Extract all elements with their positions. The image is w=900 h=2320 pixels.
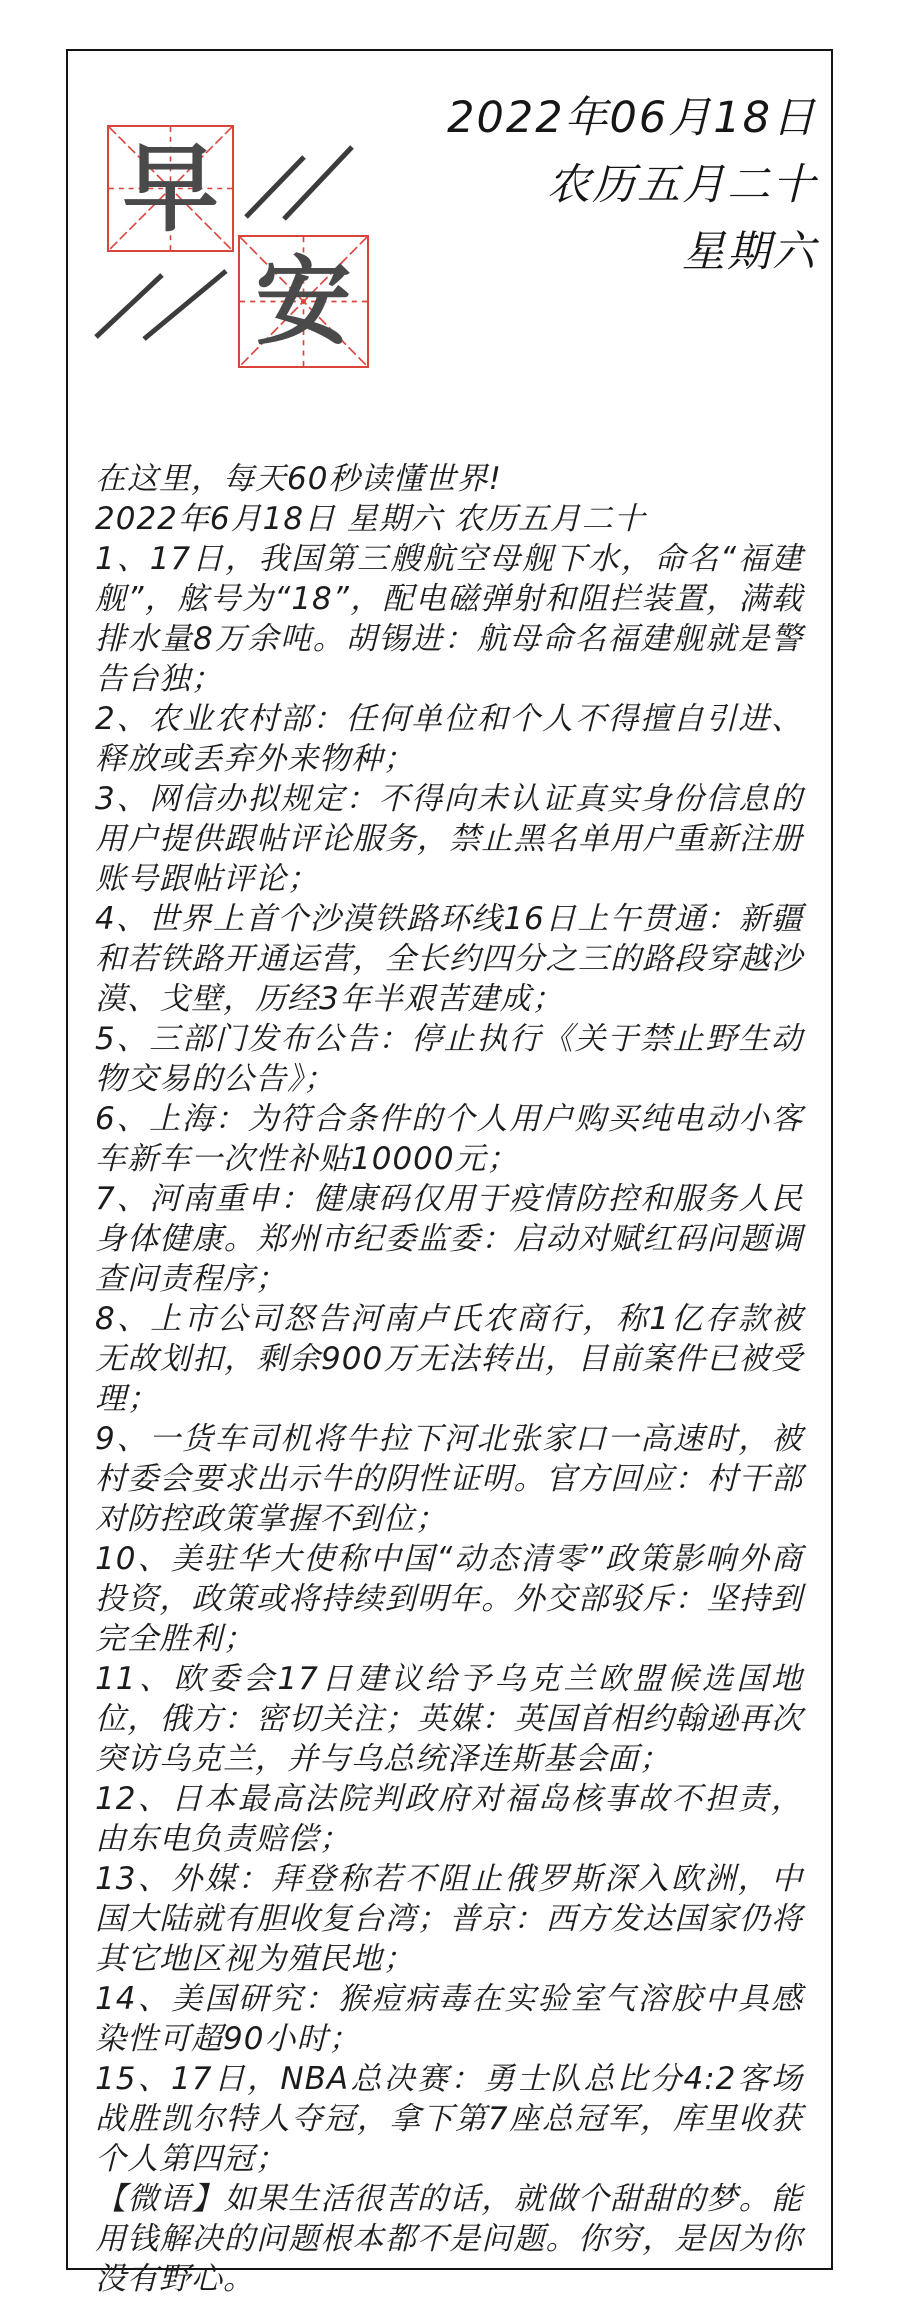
- date-gregorian: 2022年06月18日: [447, 85, 817, 152]
- logo-char-an: 安: [240, 237, 367, 366]
- news-item: 15、17日，NBA总决赛：勇士队总比分4:2客场战胜凯尔特人夺冠，拿下第7座总…: [95, 2059, 803, 2179]
- news-date-line: 2022年6月18日 星期六 农历五月二十: [95, 499, 803, 539]
- double-slash-icon: [90, 265, 232, 343]
- news-item: 9、一货车司机将牛拉下河北张家口一高速时，被村委会要求出示牛的阴性证明。官方回应…: [95, 1419, 803, 1539]
- news-item: 5、三部门发布公告：停止执行《关于禁止野生动物交易的公告》；: [95, 1019, 803, 1099]
- logo-char-zao: 早: [109, 127, 232, 250]
- news-item: 12、日本最高法院判政府对福岛核事故不担责，由东电负责赔偿；: [95, 1779, 803, 1859]
- morning-news-card: 早 安 2022年06月18日 农历五月二十 星期六: [0, 0, 900, 2320]
- news-item: 1、17日，我国第三艘航空母舰下水，命名“福建舰”，舷号为“18”，配电磁弹射和…: [95, 539, 803, 699]
- news-body: 在这里，每天60秒读懂世界! 2022年6月18日 星期六 农历五月二十 1、1…: [95, 459, 803, 2299]
- zao-character-box: 早: [107, 125, 234, 252]
- news-item: 2、农业农村部：任何单位和个人不得擅自引进、释放或丢弃外来物种；: [95, 699, 803, 779]
- news-item: 3、网信办拟规定：不得向未认证真实身份信息的用户提供跟帖评论服务，禁止黑名单用户…: [95, 779, 803, 899]
- news-closing: 【微语】如果生活很苦的话，就做个甜甜的梦。能用钱解决的问题根本都不是问题。你穷，…: [95, 2179, 803, 2299]
- an-character-box: 安: [238, 235, 369, 368]
- news-item: 6、上海：为符合条件的个人用户购买纯电动小客车新车一次性补贴10000元；: [95, 1099, 803, 1179]
- double-slash-icon: [240, 139, 358, 223]
- date-weekday: 星期六: [447, 219, 817, 286]
- date-lunar: 农历五月二十: [447, 152, 817, 219]
- news-intro: 在这里，每天60秒读懂世界!: [95, 459, 803, 499]
- date-block: 2022年06月18日 农历五月二十 星期六: [447, 85, 817, 286]
- card-frame: 早 安 2022年06月18日 农历五月二十 星期六: [66, 49, 833, 2270]
- news-item: 11、欧委会17日建议给予乌克兰欧盟候选国地位，俄方：密切关注；英媒：英国首相约…: [95, 1659, 803, 1779]
- news-item: 10、美驻华大使称中国“动态清零”政策影响外商投资，政策或将持续到明年。外交部驳…: [95, 1539, 803, 1659]
- news-item: 4、世界上首个沙漠铁路环线16日上午贯通：新疆和若铁路开通运营，全长约四分之三的…: [95, 899, 803, 1019]
- news-item: 8、上市公司怒告河南卢氏农商行，称1亿存款被无故划扣，剩余900万无法转出，目前…: [95, 1299, 803, 1419]
- news-item: 7、河南重申：健康码仅用于疫情防控和服务人民身体健康。郑州市纪委监委：启动对赋红…: [95, 1179, 803, 1299]
- news-item: 13、外媒：拜登称若不阻止俄罗斯深入欧洲，中国大陆就有胆收复台湾；普京：西方发达…: [95, 1859, 803, 1979]
- news-item: 14、美国研究：猴痘病毒在实验室气溶胶中具感染性可超90小时；: [95, 1979, 803, 2059]
